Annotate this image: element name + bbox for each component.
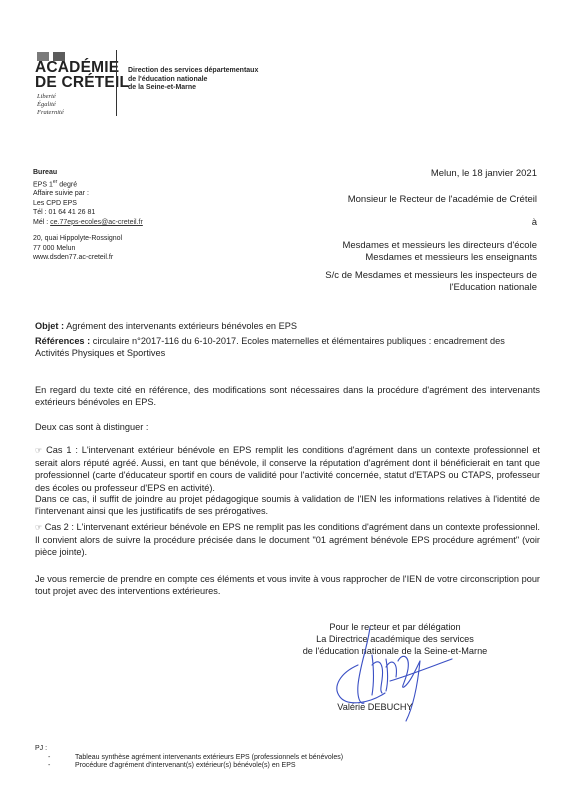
case-2-paragraph: ☞ Cas 2 : L'intervenant extérieur bénévo… [35, 521, 540, 559]
intro-paragraph: En regard du texte cité en référence, de… [35, 384, 540, 408]
attachments-list: Tableau synthèse agrément intervenants e… [35, 754, 343, 771]
phone-number: Tél : 01 64 41 26 81 [33, 208, 143, 218]
closing-paragraph: Je vous remercie de prendre en compte ce… [35, 573, 540, 597]
motto-liberte: Liberté [37, 93, 64, 101]
direction-line-2: de l'éducation nationale [128, 76, 258, 85]
website: www.dsden77.ac-creteil.fr [33, 253, 143, 263]
direction-line-1: Direction des services départementaux [128, 67, 258, 76]
case-1-text: Cas 1 : L'intervenant extérieur bénévole… [35, 445, 540, 493]
marianne-flag-icon [37, 48, 65, 57]
sc-line-1: S/c de Mesdames et messieurs les inspect… [325, 270, 537, 282]
email-line: Mél : ce.77eps-ecoles@ac-creteil.fr [33, 218, 143, 228]
email-label: Mél : [33, 219, 50, 226]
motto-fraternite: Fraternité [37, 109, 64, 117]
references-text: circulaire n°2017-116 du 6-10-2017. Ecol… [35, 336, 505, 358]
attachments-block: PJ : Tableau synthèse agrément intervena… [35, 745, 343, 771]
direction-name: Direction des services départementaux de… [128, 67, 258, 93]
address-line-2: 77 000 Melun [33, 244, 143, 254]
addressees: Mesdames et messieurs les directeurs d'é… [342, 240, 537, 263]
direction-line-3: de la Seine-et-Marne [128, 84, 258, 93]
addressee-2: Mesdames et messieurs les enseignants [342, 252, 537, 264]
addressee-1: Mesdames et messieurs les directeurs d'é… [342, 240, 537, 252]
attachments-label: PJ : [35, 745, 343, 754]
affaire-value: Les CPD EPS [33, 199, 143, 209]
header-divider [116, 50, 117, 116]
case-1-followup: Dans ce cas, il suffit de joindre au pro… [35, 493, 540, 517]
bureau-value: EPS 1er degré [33, 178, 143, 190]
email-link[interactable]: ce.77eps-ecoles@ac-creteil.fr [50, 219, 143, 226]
case-2-text: Cas 2 : L'intervenant extérieur bénévole… [35, 522, 540, 557]
letter-date: Melun, le 18 janvier 2021 [431, 168, 537, 180]
sous-couvert: S/c de Mesdames et messieurs les inspect… [325, 270, 537, 293]
bureau-sup: er [53, 179, 57, 185]
pointing-hand-icon: ☞ [35, 446, 42, 455]
affaire-label: Affaire suivie par : [33, 189, 143, 199]
attachment-item: Tableau synthèse agrément intervenants e… [35, 754, 343, 763]
objet-label: Objet : [35, 321, 64, 331]
references-line: Références : circulaire n°2017-116 du 6-… [35, 335, 540, 359]
pointing-hand-icon: ☞ [35, 523, 42, 532]
sc-line-2: l'Education nationale [325, 282, 537, 294]
sender-block: Bureau EPS 1er degré Affaire suivie par … [33, 168, 143, 263]
signatory-name: Valérie DEBUCHY [305, 701, 445, 713]
letter-to: à [532, 217, 537, 229]
bureau-label: Bureau [33, 168, 143, 178]
case-1-paragraph: ☞ Cas 1 : L'intervenant extérieur bénévo… [35, 444, 540, 494]
motto-egalite: Égalité [37, 101, 64, 109]
subject-line: Objet : Agrément des intervenants extéri… [35, 320, 540, 332]
letter-from: Monsieur le Recteur de l'académie de Cré… [348, 194, 537, 206]
cases-intro: Deux cas sont à distinguer : [35, 421, 540, 433]
references-label: Références : [35, 336, 90, 346]
attachment-item: Procédure d'agrément d'intervenant(s) ex… [35, 762, 343, 771]
republic-motto: Liberté Égalité Fraternité [37, 93, 64, 117]
objet-text: Agrément des intervenants extérieurs bén… [66, 321, 297, 331]
address-line-1: 20, quai Hippolyte-Rossignol [33, 234, 143, 244]
